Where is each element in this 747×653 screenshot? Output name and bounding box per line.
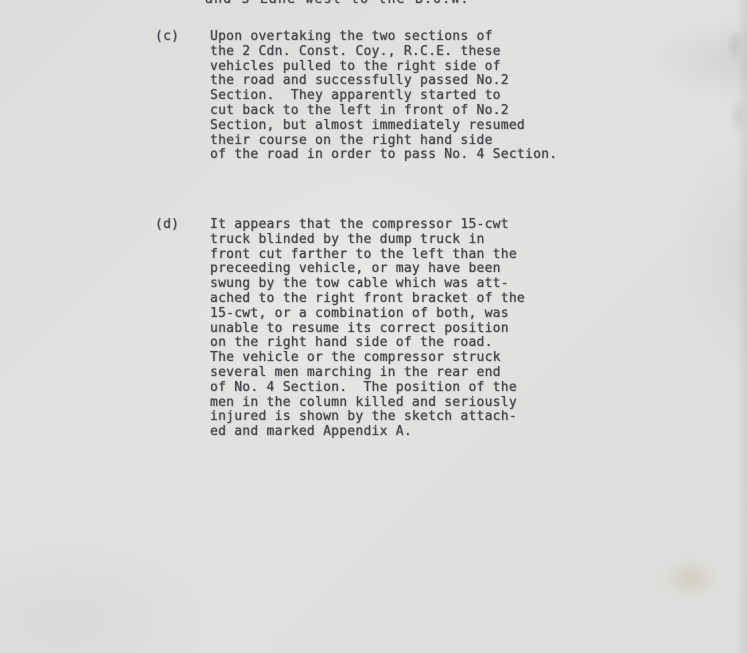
paragraph-d-text: It appears that the compressor 15-cwt tr… (210, 218, 747, 440)
paper-stain (652, 552, 722, 604)
scanned-document-page: and 3 Lane west to the B.O.W. (c) Upon o… (0, 0, 747, 653)
paragraph-c-label: (c) (155, 30, 179, 45)
paragraph-c-text: Upon overtaking the two sections of the … (210, 30, 747, 163)
paragraph-c: (c) Upon overtaking the two sections of … (0, 30, 747, 163)
paragraph-d: (d) It appears that the compressor 15-cw… (0, 218, 747, 440)
clipped-top-line: and 3 Lane west to the B.O.W. (205, 0, 470, 8)
paragraph-d-label: (d) (155, 218, 179, 233)
